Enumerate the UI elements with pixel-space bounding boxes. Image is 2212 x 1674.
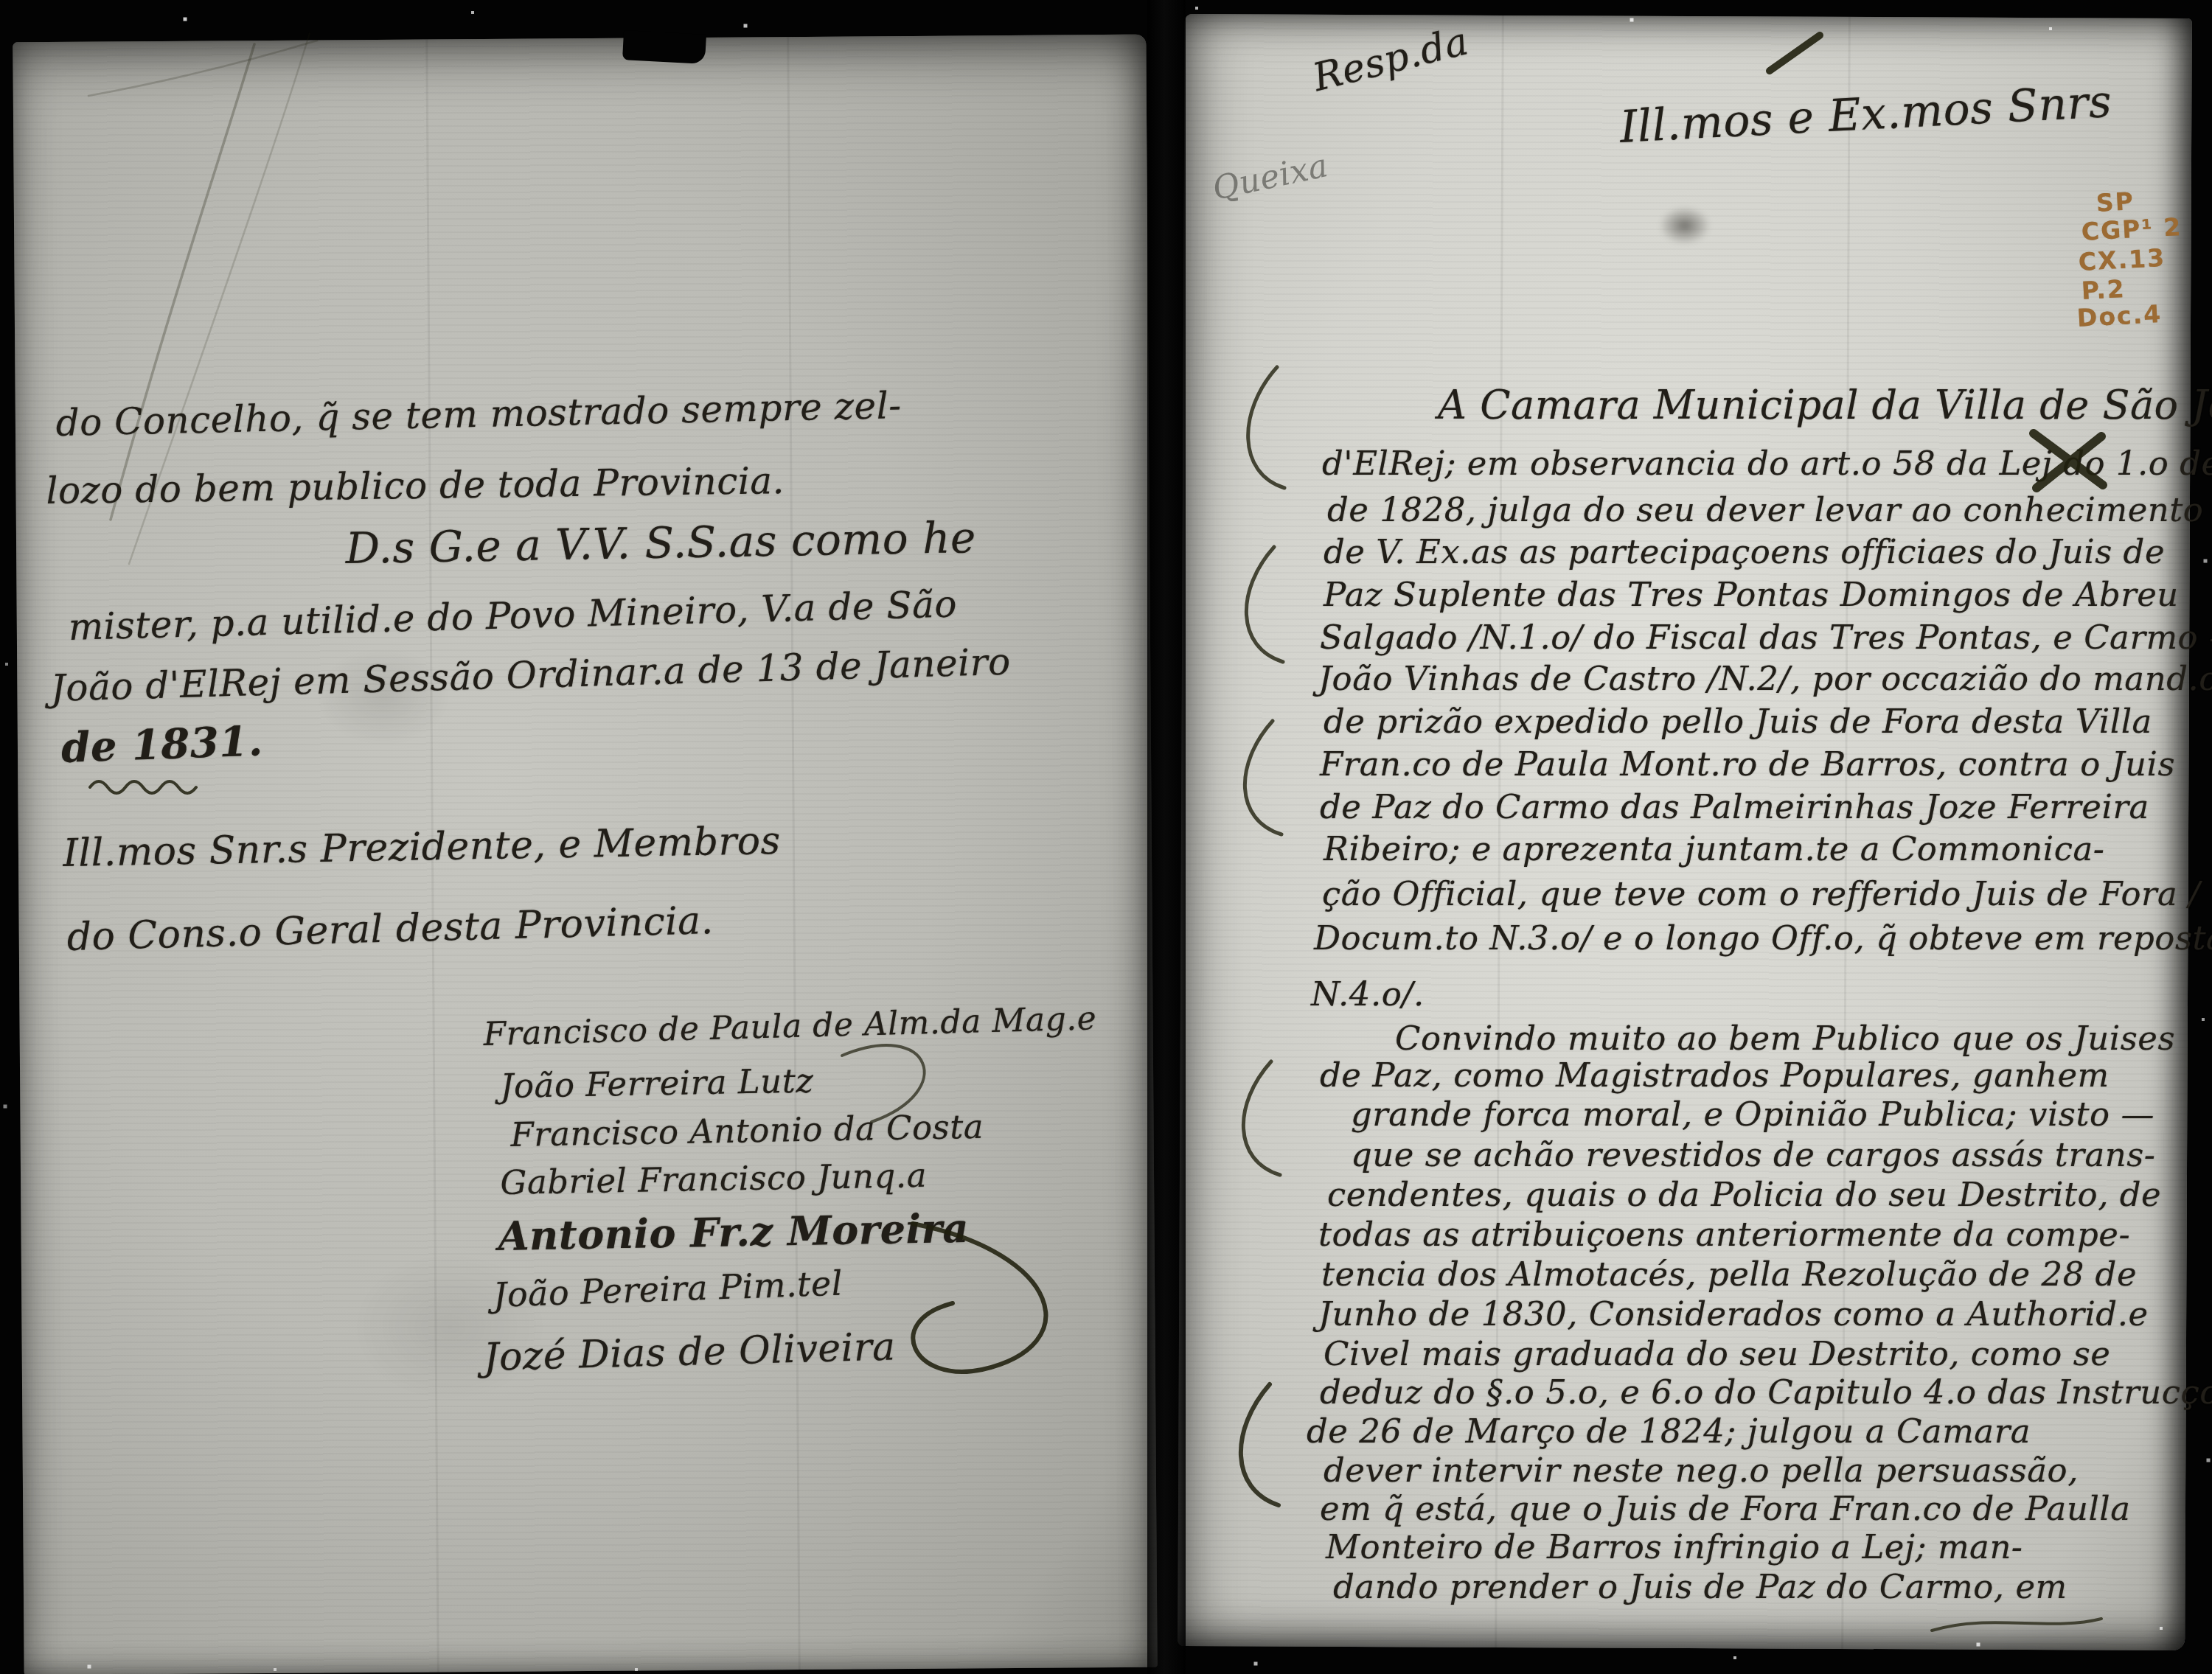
body-line: grande forca moral, e Opinião Publica; v… <box>1351 1095 2154 1134</box>
body-line: cendentes, quais o da Policia do seu Des… <box>1327 1175 2161 1214</box>
body-line: de 26 de Março de 1824; julgou a Camara <box>1307 1412 2031 1451</box>
signature-line: Gabriel Francisco Junq.a <box>500 1156 927 1202</box>
body-line: de Paz do Carmo das Palmeirinhas Joze Fe… <box>1320 787 2149 826</box>
body-line: Junho de 1830, Considerados como a Autho… <box>1318 1294 2149 1333</box>
page-edge-notch <box>622 30 706 64</box>
ink-smudge <box>1659 206 1711 245</box>
body-line: de 1828, julga do seu dever levar ao con… <box>1327 490 2203 529</box>
body-line: deduz do §.o 5.o, e 6.o do Capitulo 4.o … <box>1320 1373 2212 1412</box>
body-line: N.4.o/. <box>1311 974 1425 1014</box>
signature-line: João Ferreira Lutz <box>500 1061 814 1106</box>
body-line: que se achão revestidos de cargos assás … <box>1351 1135 2156 1174</box>
body-line: em q̃ está, que o Juis de Fora Fran.co d… <box>1320 1489 2131 1528</box>
body-line: todas as atribuiçoens anteriormente da c… <box>1318 1215 2130 1254</box>
body-line: de V. Ex.as as partecipaçoens officiaes … <box>1324 532 2165 571</box>
body-line: Fran.co de Paula Mont.ro de Barros, cont… <box>1320 744 2175 784</box>
body-line: de Paz, como Magistrados Populares, ganh… <box>1320 1056 2110 1095</box>
paper-stain <box>317 649 450 744</box>
signature-line: Francisco Antonio da Costa <box>510 1107 984 1154</box>
archive-stamp-line: CX.13 <box>2078 243 2166 276</box>
archive-stamp-line: P.2 <box>2081 274 2126 305</box>
body-line: tencia dos Almotacés, pella Rezolução de… <box>1321 1255 2137 1294</box>
film-speckles <box>0 0 1 1</box>
body-line: dever intervir neste neg.o pella persuas… <box>1324 1451 2079 1490</box>
body-line: de prizão expedido pello Juis de Fora de… <box>1324 702 2152 741</box>
body-line: Civel mais graduada do seu Destrito, com… <box>1324 1334 2110 1373</box>
body-line: Ribeiro; e aprezenta juntam.te a Commoni… <box>1324 829 2104 868</box>
page-gutter-shadow <box>1147 0 1186 1674</box>
film-scan-background: do Concelho, q̃ se tem mostrado sempre z… <box>0 0 2212 1674</box>
paper-stain <box>354 1253 546 1401</box>
body-line: A Camara Municipal da Villa de São João <box>1438 382 2212 428</box>
archive-stamp-line: SP <box>2096 186 2135 217</box>
body-line: Salgado /N.1.o/ do Fiscal das Tres Ponta… <box>1320 618 2212 657</box>
signature-line: Antonio Fr.z Moreira <box>498 1204 969 1260</box>
archive-stamp-line: CGP¹ 2 <box>2081 212 2183 246</box>
archive-stamp-line: Doc.4 <box>2076 299 2163 332</box>
manuscript-date-line: de 1831. <box>60 716 264 773</box>
body-line: João Vinhas de Castro /N.2/, por occaziã… <box>1318 659 2212 698</box>
body-line: ção Official, que teve com o refferido J… <box>1322 874 2200 913</box>
body-line: d'ElRej; em observancia do art.o 58 da L… <box>1322 444 2212 483</box>
body-line: Paz Suplente das Tres Pontas Domingos de… <box>1324 575 2179 614</box>
body-line: Docum.to N.3.o/ e o longo Off.o, q̃ obte… <box>1314 918 2212 958</box>
body-line: Convindo muito ao bem Publico que os Jui… <box>1395 1019 2175 1058</box>
body-line: Monteiro de Barros infringio a Lej; man- <box>1326 1527 2023 1566</box>
body-line: dando prender o Juis de Paz do Carmo, em <box>1333 1567 2067 1606</box>
